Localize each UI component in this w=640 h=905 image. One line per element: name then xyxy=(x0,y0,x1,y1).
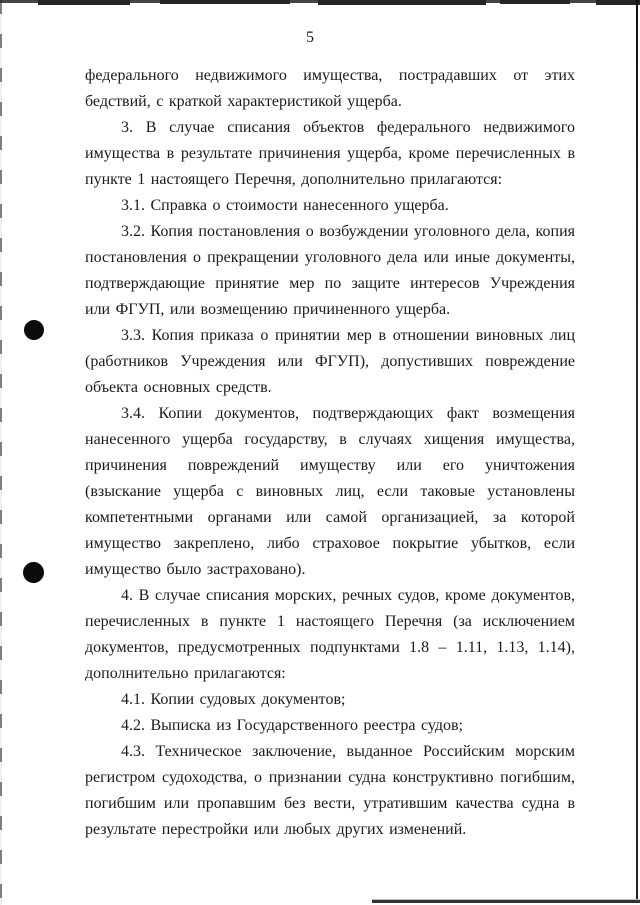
paragraph: федерального недвижимого имущества, пост… xyxy=(85,63,575,115)
scan-edge-left xyxy=(0,0,2,905)
paragraph: 4. В случае списания морских, речных суд… xyxy=(85,583,575,687)
paragraph: 4.2. Выписка из Государственного реестра… xyxy=(85,713,575,739)
scan-edge-bottom xyxy=(372,899,640,903)
scan-edge-right xyxy=(636,0,638,903)
paragraph: 4.3. Техническое заключение, выданное Ро… xyxy=(85,739,575,843)
paragraph: 3.2. Копия постановления о возбуждении у… xyxy=(85,219,575,323)
document-body: федерального недвижимого имущества, пост… xyxy=(85,63,575,843)
page-number: 5 xyxy=(85,29,535,47)
punch-hole-bottom xyxy=(22,561,45,584)
paragraph: 3.1. Справка о стоимости нанесенного уще… xyxy=(85,193,575,219)
paragraph: 3.4. Копии документов, подтверждающих фа… xyxy=(85,401,575,583)
scan-edge-top xyxy=(0,0,640,6)
paragraph: 3. В случае списания объектов федерально… xyxy=(85,115,575,193)
paragraph: 4.1. Копии судовых документов; xyxy=(85,687,575,713)
paragraph: 3.3. Копия приказа о принятии мер в отно… xyxy=(85,323,575,401)
punch-hole-top xyxy=(22,318,45,341)
scanned-page: 5 федерального недвижимого имущества, по… xyxy=(0,0,640,905)
